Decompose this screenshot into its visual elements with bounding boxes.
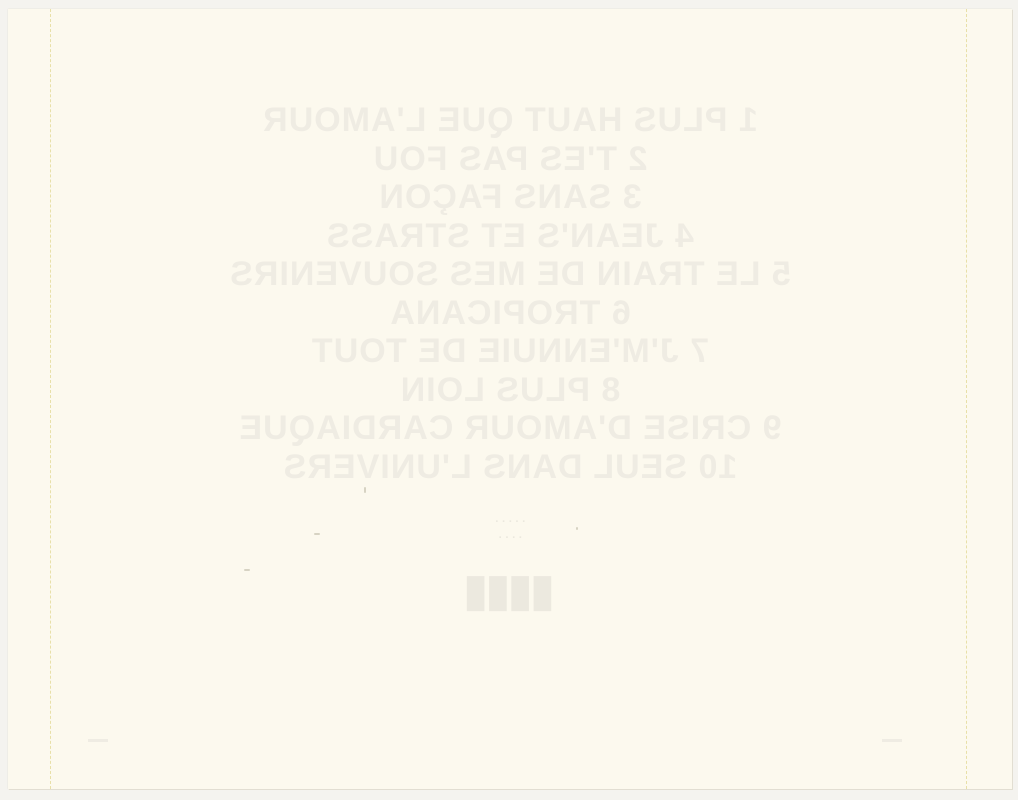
credits-block: · · · · · · · · · xyxy=(8,514,1012,546)
track-line: 5 LE TRAIN DE MES SOUVENIRS xyxy=(8,255,1012,294)
paper-speck xyxy=(244,569,250,571)
paper-speck xyxy=(576,527,578,530)
track-line: 3 SANS FAÇON xyxy=(8,178,1012,217)
mirrored-bleed-through-text: 1 PLUS HAUT QUE L'AMOUR 2 T'ES PAS FOU 3… xyxy=(8,101,1012,626)
track-line: 6 TROPICANA xyxy=(8,294,1012,333)
paper-speck xyxy=(364,487,366,493)
corner-mark: ▬▬ xyxy=(88,734,108,745)
credits-line: · · · · xyxy=(8,530,1012,546)
track-line: 7 J'M'ENNUIE DE TOUT xyxy=(8,332,1012,371)
paper-speck xyxy=(314,533,320,535)
track-line: 4 JEAN'S ET STRASS xyxy=(8,217,1012,256)
track-line: 8 PLUS LOIN xyxy=(8,371,1012,410)
corner-mark: ▬▬ xyxy=(882,734,902,745)
label-logo: ▮▮▮▮ xyxy=(425,556,595,626)
track-line: 10 SEUL DANS L'UNIVERS xyxy=(8,448,1012,487)
track-line: 9 CRISE D'AMOUR CARDIAQUE xyxy=(8,409,1012,448)
paper-card: 1 PLUS HAUT QUE L'AMOUR 2 T'ES PAS FOU 3… xyxy=(8,9,1012,789)
track-line: 2 T'ES PAS FOU xyxy=(8,140,1012,179)
track-line: 1 PLUS HAUT QUE L'AMOUR xyxy=(8,101,1012,140)
credits-line: · · · · · xyxy=(8,514,1012,530)
